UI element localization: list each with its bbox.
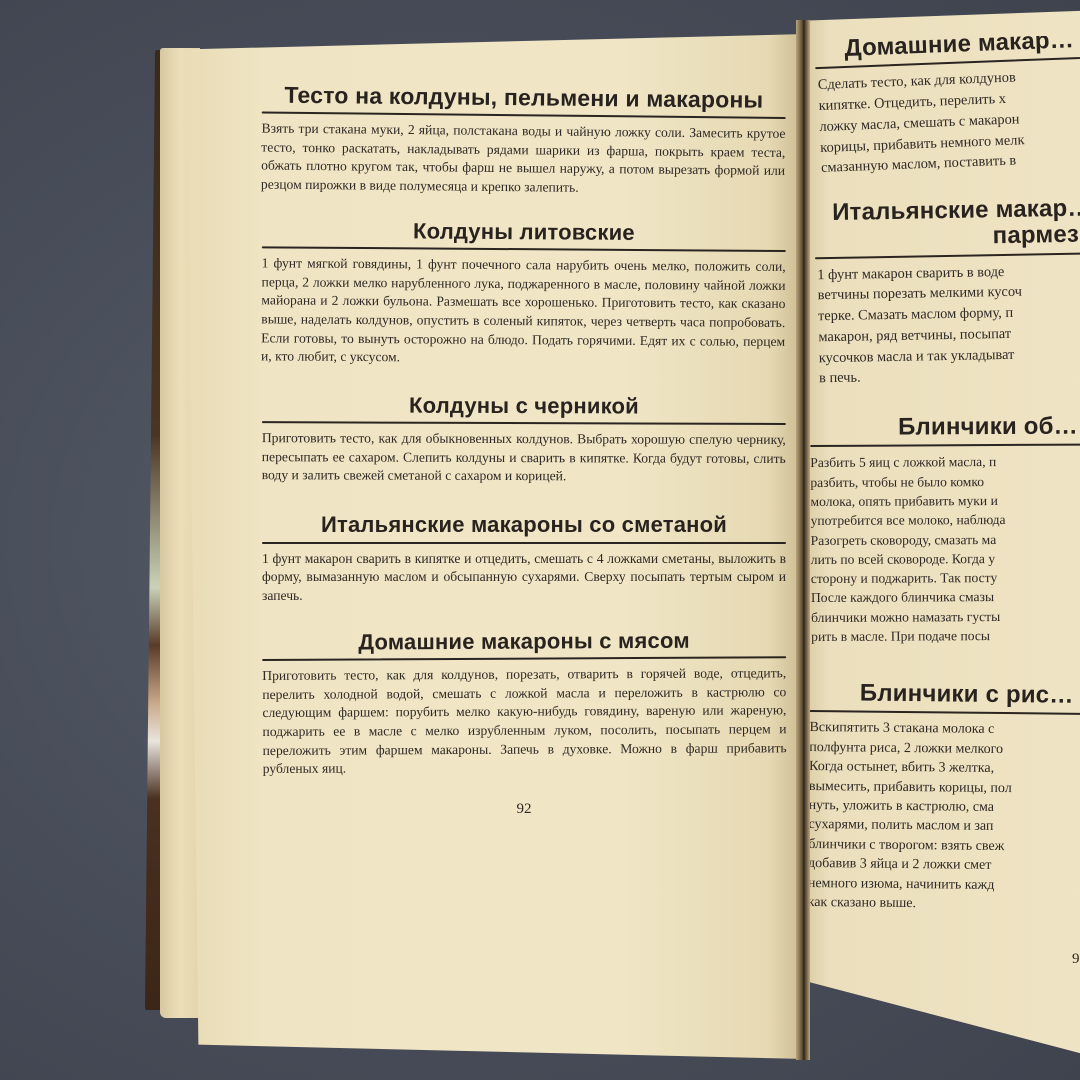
text-line: разбить, чтобы не было комко	[810, 471, 1080, 492]
title-rule	[810, 711, 1080, 716]
recipe-text: Вскипятить 3 стакана молока с полфунта р…	[810, 719, 1080, 917]
text-line: употребится все молоко, наблюда	[811, 509, 1080, 530]
recipe-title: Колдуны с черникой	[262, 394, 786, 420]
recipe-text: 1 фунт макарон сварить в воде ветчины по…	[817, 259, 1080, 389]
page-number: 92	[262, 801, 786, 818]
recipe-blueberry-koldun: Колдуны с черникой Приготовить тесто, ка…	[262, 394, 786, 488]
right-page-clip: Домашние макар… Сделать тесто, как для к…	[806, 0, 1080, 1080]
recipe-dough: Тесто на колдуны, пельмени и макароны Вз…	[261, 83, 786, 200]
recipe-italian-pasta-parmesan: Итальянские макар… пармез… 1 фунт макаро…	[832, 195, 1080, 389]
page-number: 9	[1072, 951, 1080, 968]
recipe-text: Сделать тесто, как для колдунов кипятке.…	[817, 63, 1080, 179]
title-rule	[262, 112, 786, 119]
recipe-title: Блинчики об…	[898, 413, 1080, 441]
text-line: как сказано выше.	[810, 893, 1080, 916]
title-rule	[262, 657, 786, 662]
title-rule	[262, 246, 786, 252]
recipe-homemade-pasta-meat: Домашние макароны с мясом Приготовить те…	[262, 629, 787, 779]
recipe-title-line-2: пармез…	[992, 221, 1080, 250]
title-rule	[815, 251, 1080, 259]
left-page: Тесто на колдуны, пельмени и макароны Вз…	[262, 70, 786, 818]
text-line: Разбить 5 яиц с ложкой масла, п	[810, 452, 1080, 473]
recipe-text: Взять три стакана муки, 2 яйца, полстака…	[261, 120, 786, 200]
recipe-lithuanian-koldun: Колдуны литовские 1 фунт мягкой говядины…	[261, 218, 786, 369]
recipe-text: 1 фунт мягкой говядины, 1 фунт почечного…	[261, 254, 786, 369]
text-line: лить по всей сковороде. Когда у	[811, 548, 1080, 569]
title-rule	[262, 422, 786, 426]
recipe-text: 1 фунт макарон сварить в кипятке и отцед…	[262, 550, 786, 606]
recipe-title: Домашние макароны с мясом	[262, 629, 786, 656]
text-line: После каждого блинчика смазы	[811, 587, 1080, 608]
recipe-plain-blini: Блинчики об… Разбить 5 яиц с ложкой масл…	[810, 413, 1080, 646]
recipe-italian-pasta-sour-cream: Итальянские макароны со сметаной 1 фунт …	[262, 513, 786, 605]
recipe-rice-blini: Блинчики с рис… Вскипятить 3 стакана мол…	[810, 680, 1080, 916]
recipe-text: Приготовить тесто, как для обыкновенных …	[262, 430, 786, 488]
recipe-title: Тесто на колдуны, пельмени и макароны	[262, 83, 786, 114]
title-rule	[262, 542, 786, 544]
recipe-homemade-pasta: Домашние макар… Сделать тесто, как для к…	[844, 36, 1080, 178]
recipe-title: Итальянские макароны со сметаной	[262, 513, 786, 537]
recipe-text: Разбить 5 яиц с ложкой масла, п разбить,…	[810, 452, 1080, 647]
recipe-text: Приготовить тесто, как для колдунов, пор…	[262, 665, 787, 779]
title-rule	[810, 444, 1080, 448]
text-line: Разогреть сковороду, смазать ма	[811, 529, 1080, 550]
recipe-title: Колдуны литовские	[262, 218, 786, 246]
text-line: молока, опять прибавить муки и	[810, 490, 1080, 511]
text-line: сторону и поджарить. Так посту	[811, 567, 1080, 588]
right-page: Домашние макар… Сделать тесто, как для к…	[810, 36, 1080, 968]
recipe-title: Блинчики с рис…	[860, 681, 1080, 710]
text-line: рить в масле. При подаче посы	[811, 625, 1080, 646]
text-line: блинчики можно намазать густы	[811, 606, 1080, 627]
